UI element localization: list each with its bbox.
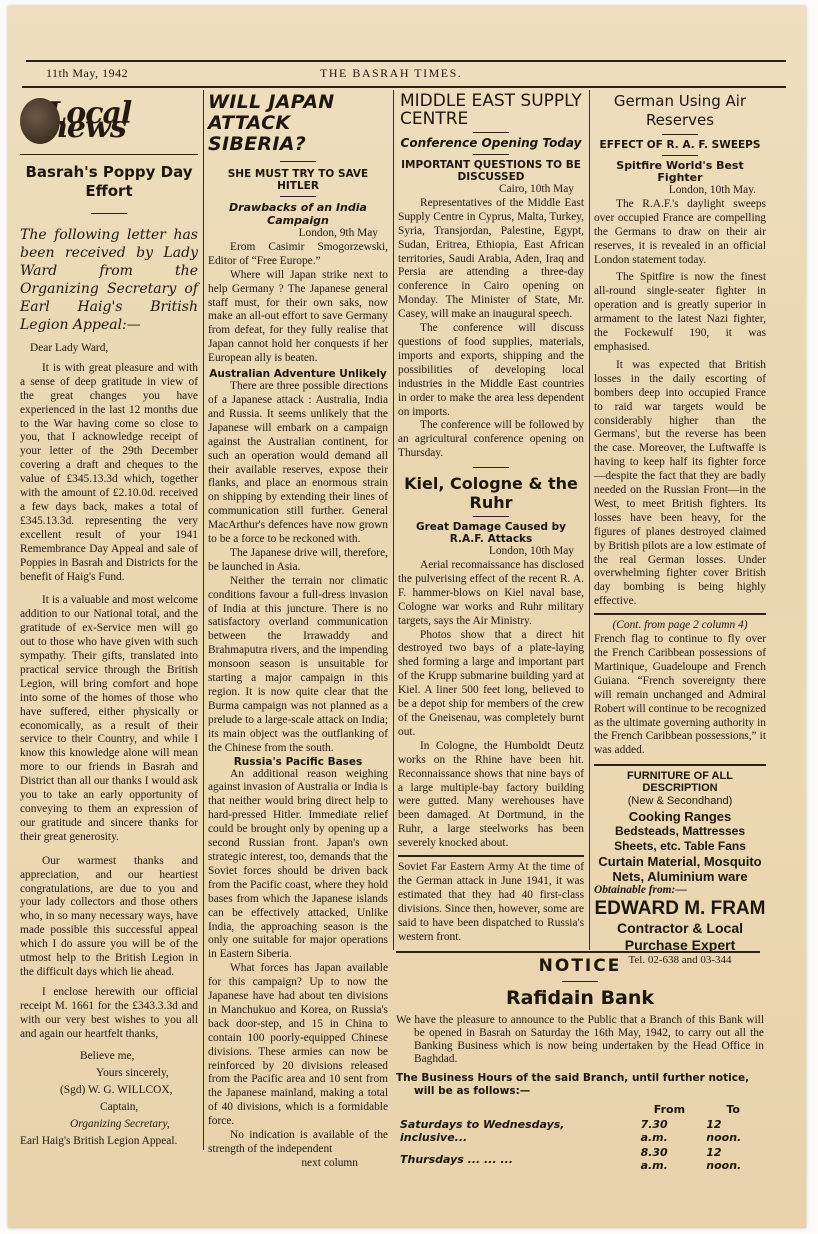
notice-title: NOTICE [396,955,764,977]
section-heading: Australian Adventure Unlikely [208,368,388,380]
bank-name: Rafidain Bank [396,986,764,1010]
salutation: Dear Lady Ward, [30,342,198,356]
letter-paragraph: Our warmest thanks and appreciation, and… [20,855,198,980]
paper-title: THE BASRAH TIMES. [320,66,462,81]
column-air-reserves: German Using Air Reserves EFFECT OF R. A… [594,92,766,968]
column-middle-east: MIDDLE EAST SUPPLY CENTRE Conference Ope… [398,92,584,945]
section-heading: Russia's Pacific Bases [208,756,388,768]
signature: (Sgd) W. G. WILLCOX, [20,1082,198,1099]
headline-supply-centre: MIDDLE EAST SUPPLY CENTRE [398,92,584,128]
palm-tree-icon [20,98,60,144]
letter-paragraph: I enclose herewith our official receipt … [20,986,198,1042]
headline-japan-siberia: WILL JAPAN ATTACK SIBERIA? [208,92,388,155]
masthead-rule [22,86,786,88]
local-news-logo: Local news [20,92,198,150]
continued-link: next column [208,1157,388,1171]
business-hours-table: FromTo Saturdays to Wednesdays, inclusiv… [396,1102,764,1173]
letter-paragraph: It is with great pleasure and with a sen… [20,362,198,585]
column-divider [393,90,394,950]
letter-paragraph: It is a valuable and most welcome additi… [20,594,198,844]
furniture-advert: FURNITURE OF ALL DESCRIPTION (New & Seco… [594,770,766,968]
top-rule [26,60,786,62]
headline-poppy-day: Basrah's Poppy Day Effort [20,163,198,201]
headline-kiel-cologne: Kiel, Cologne & the Ruhr [398,474,584,512]
issue-date: 11th May, 1942 [46,66,128,81]
column-japan-siberia: WILL JAPAN ATTACK SIBERIA? SHE MUST TRY … [208,92,388,1171]
table-row: Saturdays to Wednesdays, inclusive...7.3… [396,1117,764,1145]
letter-closing: Believe me, Yours sincerely, (Sgd) W. G.… [20,1048,198,1150]
letter-intro: The following letter has been received b… [20,226,198,334]
column-local-news: Local news Basrah's Poppy Day Effort The… [20,92,198,1150]
table-row: Thursdays ... ... ...8.30 a.m.12 noon. [396,1145,764,1173]
rafidain-bank-notice: NOTICE Rafidain Bank We have the pleasur… [396,955,764,1173]
advertiser-name: EDWARD M. FRAM [594,898,766,920]
column-divider [203,90,204,1150]
headline-air-reserves: German Using Air Reserves [594,92,766,130]
column-divider [589,90,590,950]
notice-rule [396,951,760,953]
